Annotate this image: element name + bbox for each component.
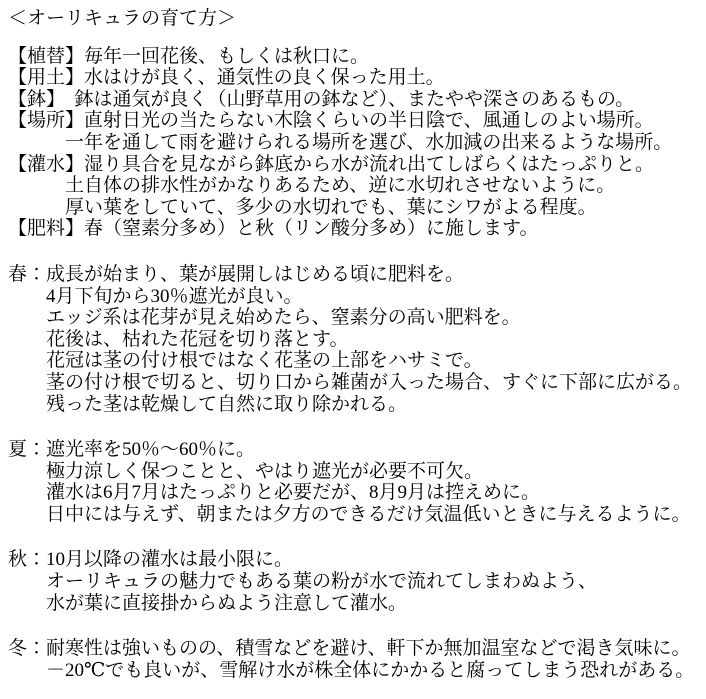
spring-line-2: 4月下旬から30％遮光が良い。: [8, 286, 706, 308]
autumn-line-3: 水が葉に直接掛からぬよう注意して灌水。: [8, 593, 706, 615]
basics-line-replant: 【植替】毎年一回花後、もしくは秋口に。: [8, 46, 706, 68]
care-guide-document: ＜オーリキュラの育て方＞ 【植替】毎年一回花後、もしくは秋口に。 【用土】水はけ…: [0, 0, 706, 681]
basics-line-place-cont: 一年を通して雨を避けられる場所を選び、水加減の出来るような場所。: [8, 132, 706, 154]
section-spring: 春：成長が始まり、葉が展開しはじめる頃に肥料を。 4月下旬から30％遮光が良い。…: [8, 264, 706, 415]
autumn-line-2: オーリキュラの魅力でもある葉の粉が水で流れてしまわぬよう、: [8, 571, 706, 593]
spring-line-3: エッジ系は花芽が見え始めたら、窒素分の高い肥料を。: [8, 307, 706, 329]
summer-line-4: 日中には与えず、朝または夕方のできるだけ気温低いときに与えるように。: [8, 504, 706, 526]
basics-line-watering-cont-1: 土自体の排水性がかなりあるため、逆に水切れさせないように。: [8, 175, 706, 197]
basics-line-pot: 【鉢】 鉢は通気が良く（山野草用の鉢など）、またやや深さのあるもの。: [8, 89, 706, 111]
winter-line-1: 冬：耐寒性は強いものの、積雪などを避け、軒下か無加温室などで渇き気味に。: [8, 638, 706, 660]
basics-line-place: 【場所】直射日光の当たらない木陰くらいの半日陰で、風通しのよい場所。: [8, 110, 706, 132]
spring-line-5: 花冠は茎の付け根ではなく花茎の上部をハサミで。: [8, 350, 706, 372]
summer-line-3: 灌水は6月7月はたっぷりと必要だが、8月9月は控えめに。: [8, 482, 706, 504]
spring-line-7: 残った茎は乾燥して自然に取り除かれる。: [8, 394, 706, 416]
spring-line-6: 茎の付け根で切ると、切り口から雑菌が入った場合、すぐに下部に広がる。: [8, 372, 706, 394]
basics-line-fertilizer: 【肥料】春（窒素分多め）と秋（リン酸分多め）に施します。: [8, 218, 706, 240]
summer-line-1: 夏：遮光率を50％～60％に。: [8, 439, 706, 461]
section-basics: 【植替】毎年一回花後、もしくは秋口に。 【用土】水はけが良く、通気性の良く保った…: [8, 46, 706, 240]
basics-line-watering: 【灌水】湿り具合を見ながら鉢底から水が流れ出てしばらくはたっぷりと。: [8, 154, 706, 176]
page-title: ＜オーリキュラの育て方＞: [8, 8, 706, 30]
section-summer: 夏：遮光率を50％～60％に。 極力涼しく保つことと、やはり遮光が必要不可欠。 …: [8, 439, 706, 525]
basics-line-watering-cont-2: 厚い葉をしていて、多少の水切れでも、葉にシワがよる程度。: [8, 197, 706, 219]
autumn-line-1: 秋：10月以降の灌水は最小限に。: [8, 549, 706, 571]
section-winter: 冬：耐寒性は強いものの、積雪などを避け、軒下か無加温室などで渇き気味に。 －20…: [8, 638, 706, 681]
section-autumn: 秋：10月以降の灌水は最小限に。 オーリキュラの魅力でもある葉の粉が水で流れてし…: [8, 549, 706, 614]
spring-line-1: 春：成長が始まり、葉が展開しはじめる頃に肥料を。: [8, 264, 706, 286]
basics-line-soil: 【用土】水はけが良く、通気性の良く保った用土。: [8, 67, 706, 89]
winter-line-2: －20℃でも良いが、雪解け水が株全体にかかると腐ってしまう恐れがある。: [8, 660, 706, 682]
spring-line-4: 花後は、枯れた花冠を切り落とす。: [8, 329, 706, 351]
summer-line-2: 極力涼しく保つことと、やはり遮光が必要不可欠。: [8, 461, 706, 483]
